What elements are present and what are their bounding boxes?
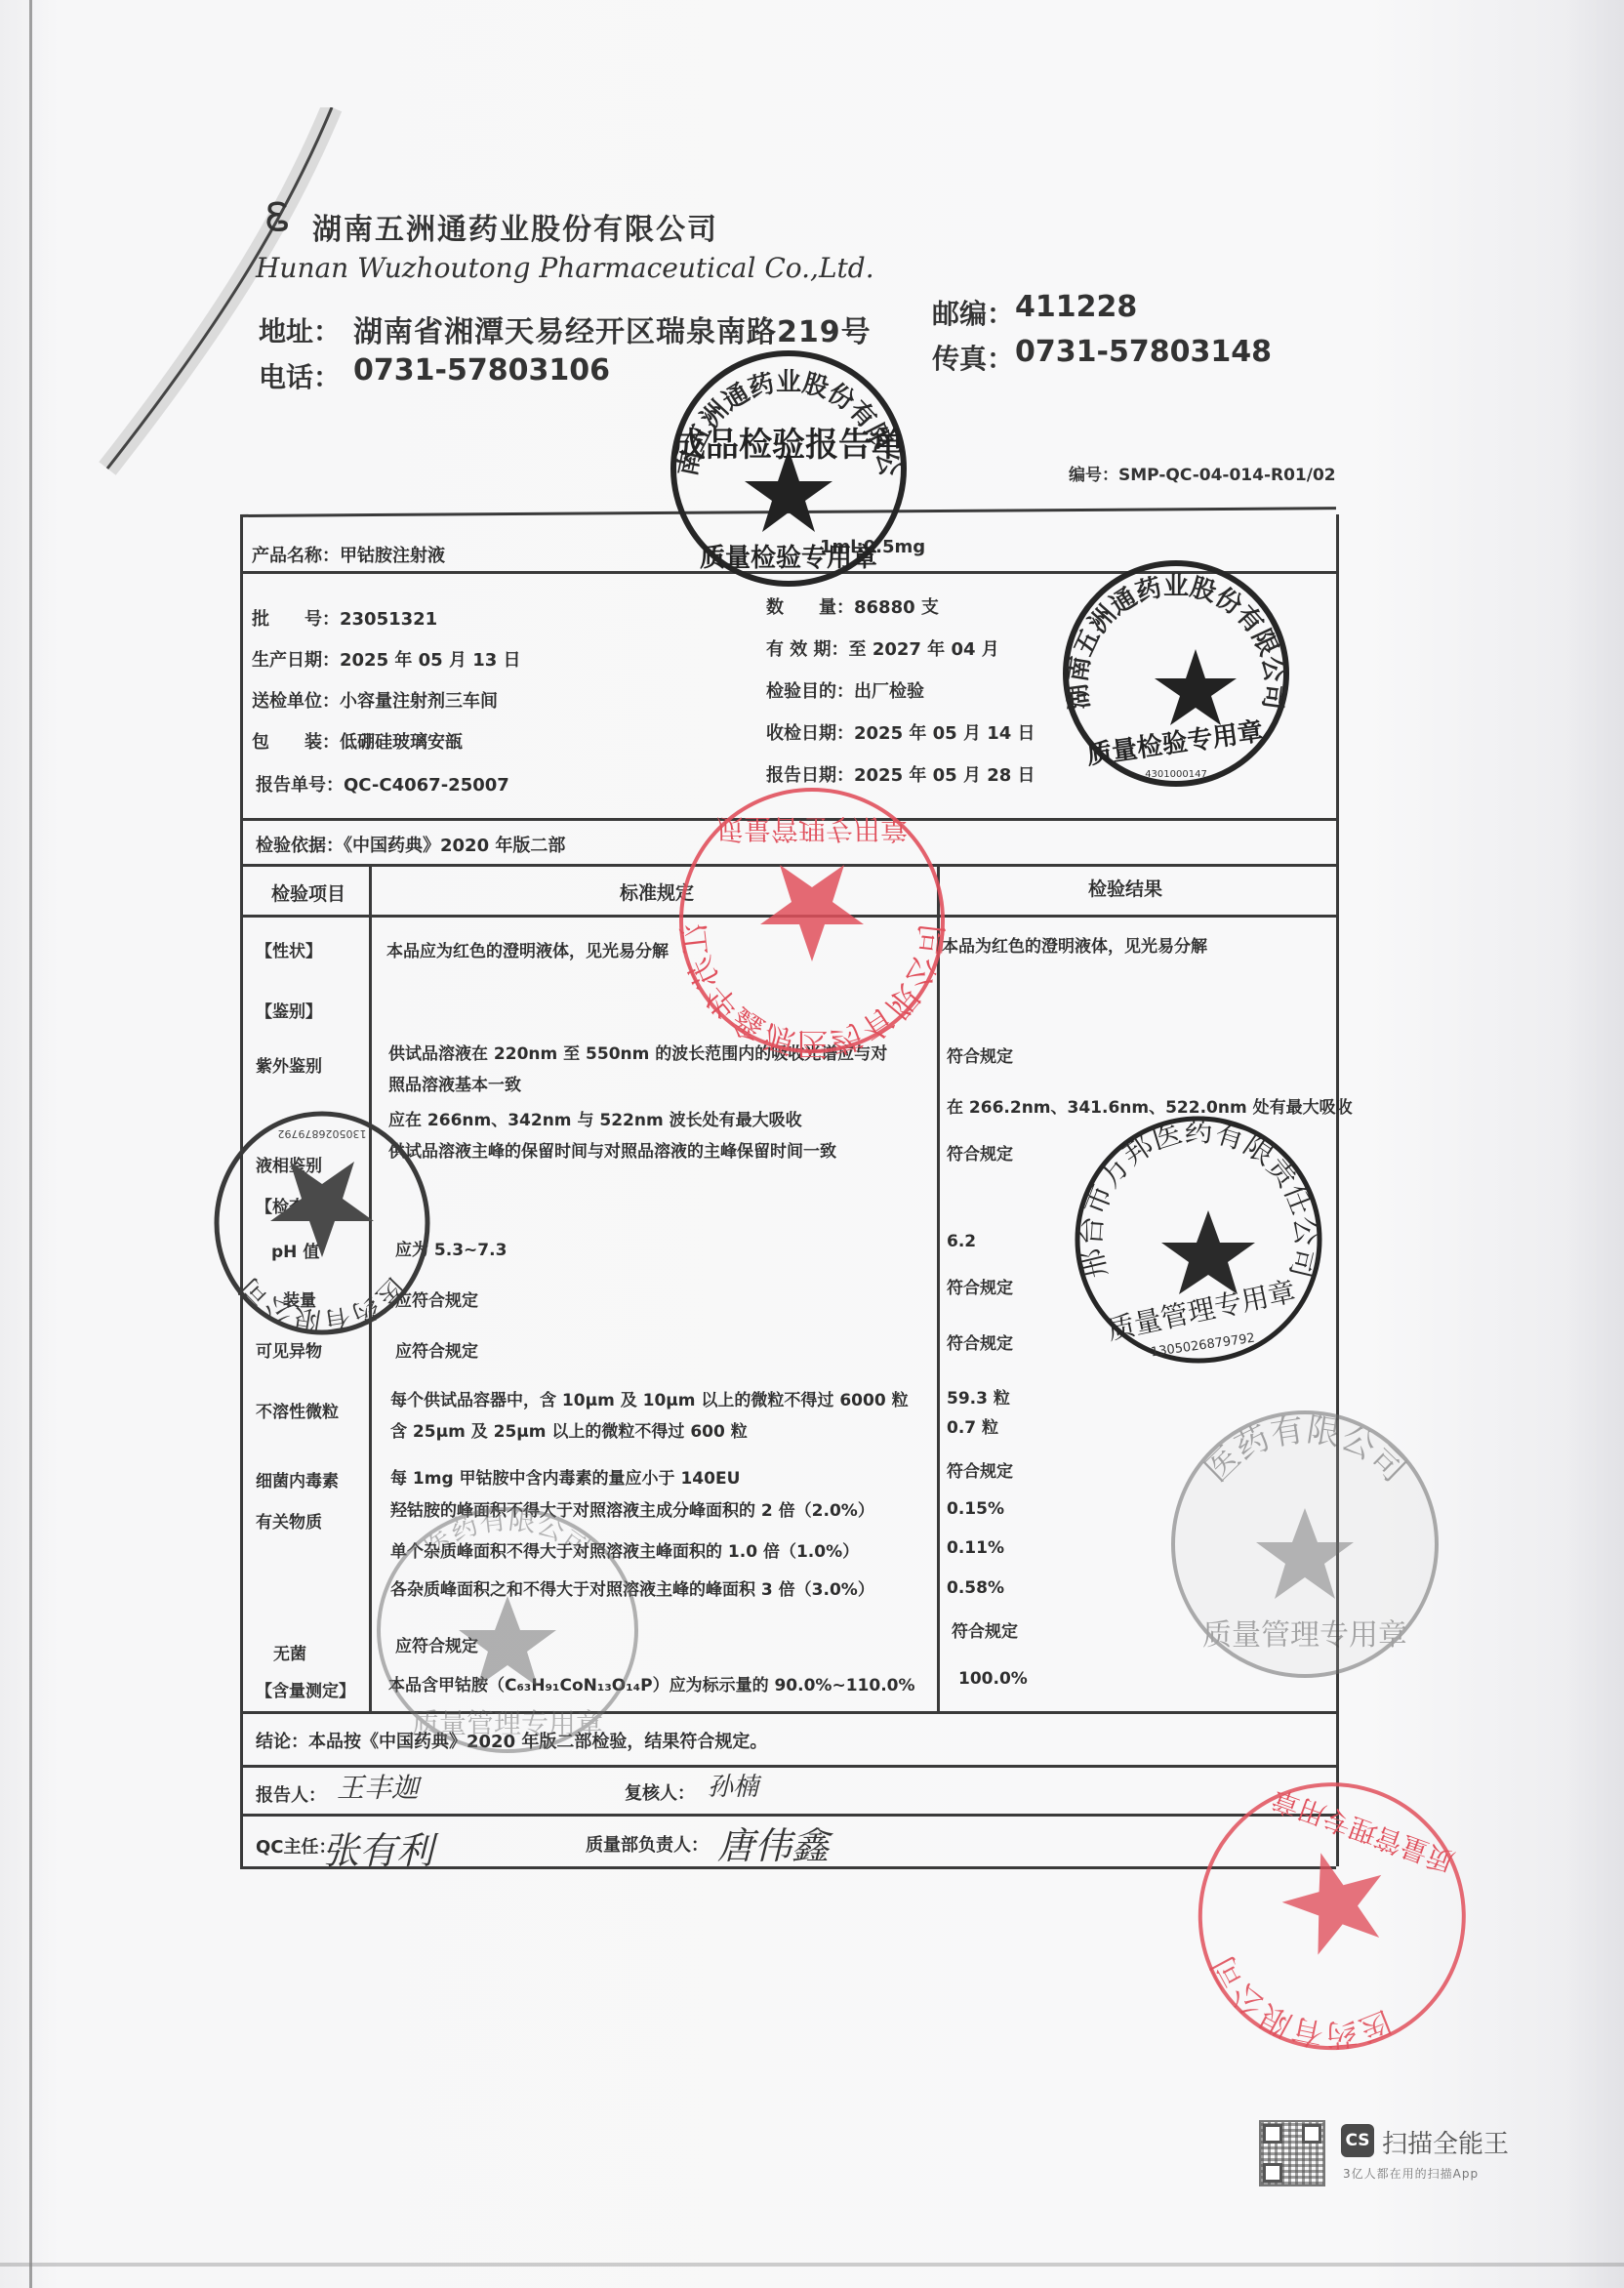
row-result: 0.11% — [947, 1538, 1004, 1558]
row-result: 符合规定 — [947, 1042, 1013, 1067]
row-item: 【鉴别】 — [256, 998, 322, 1022]
package-label: 包 装： — [252, 732, 340, 753]
reporter-signature: 王丰迦 — [337, 1767, 419, 1806]
row-standard: 含 25μm 及 25μm 以上的微粒不得过 600 粒 — [390, 1417, 748, 1442]
conclusion-text: 本品按《中国药典》2020 年版二部检验，结果符合规定。 — [308, 1732, 767, 1752]
expiry-value: 至 2027 年 04 月 — [849, 639, 999, 660]
row-result: 符合规定 — [952, 1617, 1018, 1642]
qa-head-signature: 唐伟鑫 — [717, 1816, 829, 1869]
expiry-field: 有 效 期：至 2027 年 04 月 — [766, 635, 999, 661]
row-result: 59.3 粒 — [947, 1384, 1010, 1409]
address-label: 地址： — [259, 310, 341, 349]
submit-unit-label: 送检单位： — [252, 691, 340, 712]
report-date-field: 报告日期：2025 年 05 月 28 日 — [766, 761, 1035, 787]
table-col-divider-1 — [369, 864, 372, 1711]
row-item: 装量 — [283, 1287, 316, 1311]
mfg-date-field: 生产日期：2025 年 05 月 13 日 — [252, 646, 521, 672]
phone-label: 电话： — [259, 356, 341, 395]
row-result: 0.7 粒 — [947, 1413, 998, 1438]
package-value: 低硼硅玻璃安瓿 — [340, 732, 463, 753]
table-col-divider-2 — [937, 864, 940, 1711]
camscanner-app-name: 扫描全能王 — [1382, 2124, 1509, 2160]
conclusion: 结论：本品按《中国药典》2020 年版二部检验，结果符合规定。 — [256, 1728, 767, 1753]
product-name-field: 产品名称：甲钴胺注射液 — [252, 542, 445, 567]
report-no-value: QC-C4067-25007 — [344, 775, 509, 796]
batch-field: 批 号：23051321 — [252, 605, 437, 631]
row-standard: 本品含甲钴胺（C₆₃H₉₁CoN₁₃O₁₄P）应为标示量的 90.0%~110.… — [388, 1671, 915, 1696]
row-item: 【含量测定】 — [256, 1677, 355, 1701]
row-standard: 本品应为红色的澄明液体，见光易分解 — [386, 937, 669, 961]
reviewer-label: 复核人： — [625, 1779, 695, 1805]
stamp-title-text: 成品检验报告单 — [672, 426, 905, 465]
purpose-field: 检验目的：出厂检验 — [766, 677, 924, 703]
postcode-label: 邮编： — [932, 293, 1014, 332]
table-rule-header — [240, 915, 1336, 918]
batch-value: 23051321 — [340, 609, 437, 630]
submit-unit-value: 小容量注射剂三车间 — [340, 691, 498, 712]
report-no-label: 报告单号： — [256, 775, 344, 796]
row-standard: 供试品溶液在 220nm 至 550nm 的波长范围内的吸收光谱应与对 — [388, 1040, 887, 1064]
document-number: 编号：SMP-QC-04-014-R01/02 — [1069, 461, 1336, 485]
row-standard: 应在 266nm、342nm 与 522nm 波长处有最大吸收 — [388, 1106, 802, 1130]
row-result: 6.2 — [947, 1232, 976, 1251]
row-standard: 应符合规定 — [395, 1287, 478, 1311]
qa-head-label: 质量部负责人： — [586, 1831, 709, 1857]
qr-code-icon — [1259, 2120, 1325, 2186]
basis-value: 《中国药典》2020 年版二部 — [344, 836, 565, 856]
row-result: 符合规定 — [947, 1140, 1013, 1164]
row-item: 紫外鉴别 — [256, 1052, 322, 1077]
camscanner-logo-icon: CS — [1341, 2124, 1374, 2157]
table-rule-product — [240, 571, 1336, 574]
scan-edge-bottom — [0, 2263, 1624, 2267]
row-item: 【性状】 — [256, 937, 322, 961]
mfg-date-label: 生产日期： — [252, 650, 340, 671]
company-fax: 0731-57803148 — [1015, 335, 1272, 369]
package-field: 包 装：低硼硅玻璃安瓿 — [252, 728, 463, 754]
row-standard: 应符合规定 — [395, 1632, 478, 1656]
row-standard: 羟钴胺的峰面积不得大于对照溶液主成分峰面积的 2 倍（2.0%） — [390, 1496, 874, 1521]
row-item: 可见异物 — [256, 1337, 322, 1362]
receive-date-value: 2025 年 05 月 14 日 — [854, 723, 1035, 744]
quantity-label: 数 量： — [766, 597, 854, 618]
company-name-en: Hunan Wuzhoutong Pharmaceutical Co.,Ltd. — [256, 252, 874, 284]
row-result: 本品为红色的澄明液体，见光易分解 — [942, 932, 1207, 957]
quantity-field: 数 量：86880 支 — [766, 593, 939, 619]
scan-edge-right — [1565, 0, 1624, 2288]
row-item: 细菌内毒素 — [256, 1467, 339, 1491]
batch-label: 批 号： — [252, 609, 340, 630]
row-item: 有关物质 — [256, 1508, 322, 1532]
document-number-label: 编号： — [1069, 466, 1118, 485]
table-right-border-sign — [1336, 1711, 1339, 1866]
table-rule-basis — [240, 864, 1336, 867]
row-result: 在 266.2nm、341.6nm、522.0nm 处有最大吸收 — [947, 1093, 1353, 1118]
reviewer-signature: 孙楠 — [708, 1767, 758, 1803]
camscanner-tagline: 3亿人都在用的扫描App — [1343, 2165, 1479, 2182]
company-address: 湖南省湘潭天易经开区瑞泉南路219号 — [353, 307, 872, 350]
row-item: 不溶性微粒 — [256, 1398, 339, 1422]
header-result: 检验结果 — [1088, 875, 1162, 901]
scanned-page: Ꮛ 湖南五洲通药业股份有限公司 Hunan Wuzhoutong Pharmac… — [0, 0, 1624, 2288]
header-standard: 标准规定 — [620, 878, 694, 905]
reporter-label: 报告人： — [256, 1781, 326, 1807]
receive-date-label: 收检日期： — [766, 723, 854, 744]
row-standard: 各杂质峰面积之和不得大于对照溶液主峰的峰面积 3 倍（3.0%） — [390, 1575, 874, 1600]
report-date-value: 2025 年 05 月 28 日 — [854, 765, 1035, 786]
row-result: 0.15% — [947, 1499, 1004, 1519]
row-result: 符合规定 — [947, 1274, 1013, 1298]
row-item: 无菌 — [273, 1640, 306, 1664]
row-standard: 应为 5.3~7.3 — [395, 1236, 507, 1260]
table-rule-info — [240, 818, 1336, 821]
row-item: 【检查】 — [256, 1193, 322, 1217]
row-item: pH 值 — [271, 1238, 319, 1262]
row-result: 符合规定 — [947, 1457, 1013, 1482]
product-name-label: 产品名称： — [252, 546, 340, 566]
row-standard: 照品溶液基本一致 — [388, 1071, 521, 1095]
svg-text:医药有限公司: 医药有限公司 — [1188, 1941, 1405, 2081]
product-spec: 1ml:0.5mg — [820, 537, 925, 557]
header-item: 检验项目 — [271, 879, 345, 906]
row-standard: 每个供试品容器中，含 10μm 及 10μm 以上的微粒不得过 6000 粒 — [390, 1386, 909, 1410]
report-no-field: 报告单号：QC-C4067-25007 — [256, 771, 509, 797]
report-date-label: 报告日期： — [766, 765, 854, 786]
basis-field: 检验依据：《中国药典》2020 年版二部 — [256, 832, 565, 857]
scan-edge-left — [29, 0, 32, 2288]
row-result: 0.58% — [947, 1578, 1004, 1598]
mfg-date-value: 2025 年 05 月 13 日 — [340, 650, 521, 671]
company-phone: 0731-57803106 — [353, 353, 610, 388]
row-item: 液相鉴别 — [256, 1152, 322, 1176]
row-standard: 单个杂质峰面积不得大于对照溶液主峰面积的 1.0 倍（1.0%） — [390, 1537, 859, 1562]
table-left-border-sign — [240, 1711, 243, 1866]
row-standard: 应符合规定 — [395, 1337, 478, 1362]
table-rule-results-end — [240, 1711, 1336, 1714]
row-standard: 供试品溶液主峰的保留时间与对照品溶液的主峰保留时间一致 — [388, 1137, 836, 1162]
document-number-value: SMP-QC-04-014-R01/02 — [1118, 466, 1336, 485]
camscanner-watermark: CS 扫描全能王 3亿人都在用的扫描App — [1259, 2120, 1522, 2188]
qc-director-signature: 张有利 — [322, 1820, 433, 1874]
purpose-value: 出厂检验 — [854, 681, 924, 702]
company-logo-icon: Ꮛ — [265, 195, 290, 240]
quantity-value: 86880 支 — [854, 597, 939, 618]
row-standard: 每 1mg 甲钴胺中含内毒素的量应小于 140EU — [390, 1464, 740, 1489]
fax-label: 传真： — [932, 338, 1014, 377]
basis-label: 检验依据： — [256, 836, 344, 856]
purpose-label: 检验目的： — [766, 681, 854, 702]
row-result: 符合规定 — [947, 1329, 1013, 1354]
fold-line-artifact — [68, 107, 381, 478]
conclusion-label: 结论： — [256, 1732, 308, 1752]
company-name-cn: 湖南五洲通药业股份有限公司 — [312, 205, 718, 248]
company-postcode: 411228 — [1015, 290, 1137, 324]
submit-unit-field: 送检单位：小容量注射剂三车间 — [252, 687, 498, 713]
product-name-value: 甲钴胺注射液 — [340, 546, 445, 566]
row-result: 100.0% — [958, 1669, 1028, 1689]
receive-date-field: 收检日期：2025 年 05 月 14 日 — [766, 719, 1035, 745]
expiry-label: 有 效 期： — [766, 639, 849, 660]
